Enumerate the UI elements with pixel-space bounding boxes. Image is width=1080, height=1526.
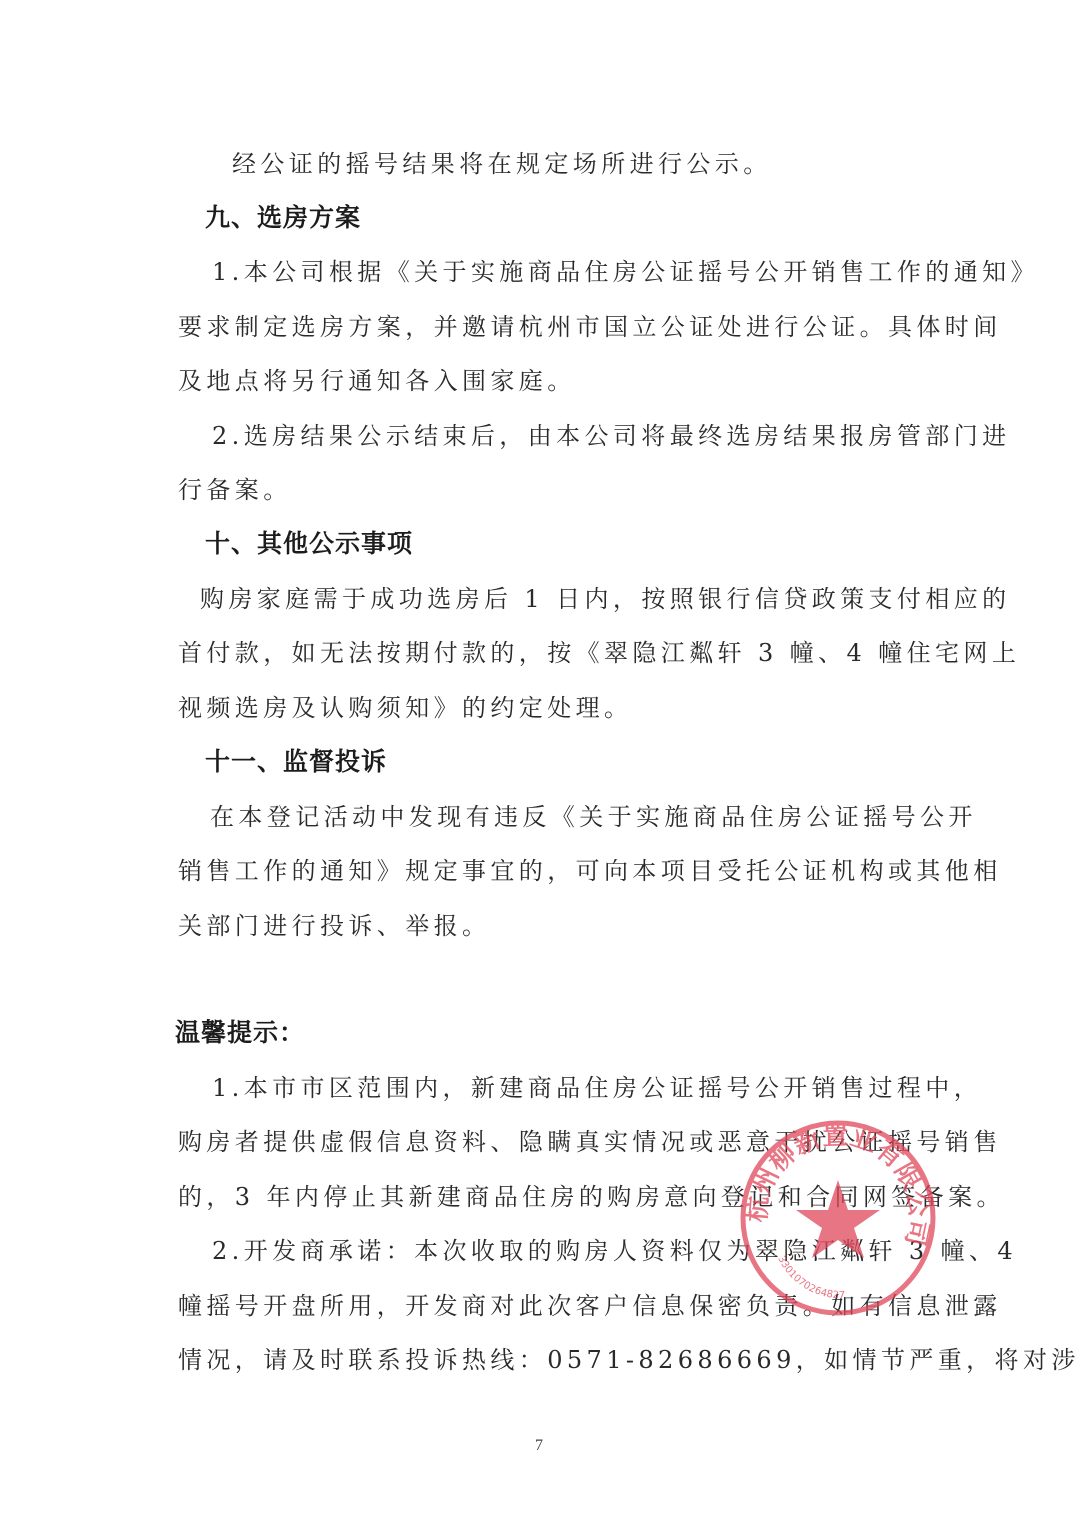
paragraph-line: 情况，请及时联系投诉热线：0571-82686669，如情节严重，将对涉 [178, 1345, 1080, 1375]
paragraph-line: 关部门进行投诉、举报。 [178, 911, 490, 941]
paragraph-line: 1.本市市区范围内，新建商品住房公证摇号公开销售过程中， [212, 1073, 982, 1103]
section-heading-11: 十一、监督投诉 [205, 747, 387, 777]
paragraph-line: 要求制定选房方案，并邀请杭州市国立公证处进行公证。具体时间 [178, 312, 1002, 342]
section-heading-9: 九、选房方案 [205, 203, 361, 233]
paragraph-line: 首付款，如无法按期付款的，按《翠隐江粼轩 3 幢、4 幢住宅网上 [178, 638, 1020, 668]
paragraph-line: 行备案。 [178, 475, 292, 505]
paragraph-line: 视频选房及认购须知》的约定处理。 [178, 693, 632, 723]
paragraph-line: 销售工作的通知》规定事宜的，可向本项目受托公证机构或其他相 [178, 856, 1002, 886]
paragraph-line: 2.选房结果公示结束后，由本公司将最终选房结果报房管部门进 [212, 421, 1011, 451]
paragraph-line: 的，3 年内停止其新建商品住房的购房意向登记和合同网签备案。 [178, 1182, 1005, 1212]
paragraph-line: 2.开发商承诺：本次收取的购房人资料仅为翠隐江粼轩 3 幢、4 [212, 1236, 1017, 1266]
page-number: 7 [535, 1437, 543, 1455]
paragraph-line: 1.本公司根据《关于实施商品住房公证摇号公开销售工作的通知》 [212, 257, 1039, 287]
paragraph-line: 幢摇号开盘所用，开发商对此次客户信息保密负责。如有信息泄露 [178, 1291, 1002, 1321]
paragraph-line: 购房者提供虚假信息资料、隐瞒真实情况或恶意干扰公证摇号销售 [178, 1127, 1002, 1157]
section-heading-10: 十、其他公示事项 [205, 529, 413, 559]
paragraph-line: 及地点将另行通知各入围家庭。 [178, 366, 576, 396]
tips-heading: 温馨提示： [175, 1018, 305, 1048]
paragraph-line: 经公证的摇号结果将在规定场所进行公示。 [232, 149, 772, 179]
paragraph-line: 在本登记活动中发现有违反《关于实施商品住房公证摇号公开 [210, 802, 977, 832]
paragraph-line: 购房家庭需于成功选房后 1 日内，按照银行信贷政策支付相应的 [200, 584, 1011, 614]
